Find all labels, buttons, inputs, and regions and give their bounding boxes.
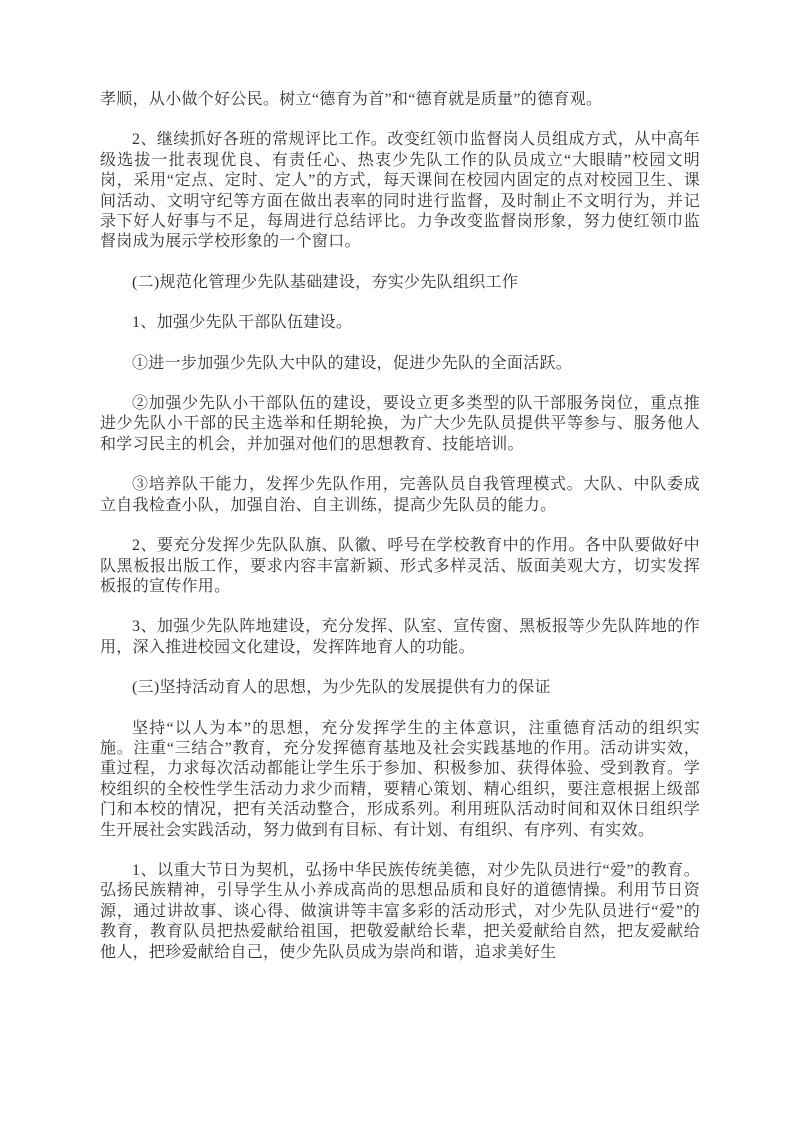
paragraph-10: (三)坚持活动育人的思想，为少先队的发展提供有力的保证 <box>100 678 700 698</box>
paragraph-3: (二)规范化管理少先队基础建设，夯实少先队组织工作 <box>100 273 700 293</box>
paragraph-12: 1、以重大节日为契机，弘扬中华民族传统美德，对少先队员进行“爱”的教育。弘扬民族… <box>100 861 700 963</box>
document-body: 孝顺，从小做个好公民。树立“德育为首”和“德育就是质量”的德育观。2、继续抓好各… <box>100 90 700 963</box>
paragraph-8: 2、要充分发挥少先队队旗、队徽、呼号在学校教育中的作用。各中队要做好中队黑板报出… <box>100 536 700 597</box>
paragraph-2: 2、继续抓好各班的常规评比工作。改变红领巾监督岗人员组成方式，从中高年级选拔一批… <box>100 130 700 252</box>
paragraph-7: ③培养队干能力，发挥少先队作用，完善队员自我管理模式。大队、中队委成立自我检查小… <box>100 475 700 516</box>
paragraph-9: 3、加强少先队阵地建设，充分发挥、队室、宣传窗、黑板报等少先队阵地的作用，深入推… <box>100 617 700 658</box>
paragraph-4: 1、加强少先队干部队伍建设。 <box>100 313 700 333</box>
document-page: 孝顺，从小做个好公民。树立“德育为首”和“德育就是质量”的德育观。2、继续抓好各… <box>0 0 793 1122</box>
paragraph-5: ①进一步加强少先队大中队的建设，促进少先队的全面活跃。 <box>100 354 700 374</box>
paragraph-1: 孝顺，从小做个好公民。树立“德育为首”和“德育就是质量”的德育观。 <box>100 90 700 110</box>
paragraph-6: ②加强少先队小干部队伍的建设，要设立更多类型的队干部服务岗位，重点推进少先队小干… <box>100 394 700 455</box>
paragraph-11: 坚持“以人为本”的思想，充分发挥学生的主体意识，注重德育活动的组织实施。注重“三… <box>100 719 700 841</box>
